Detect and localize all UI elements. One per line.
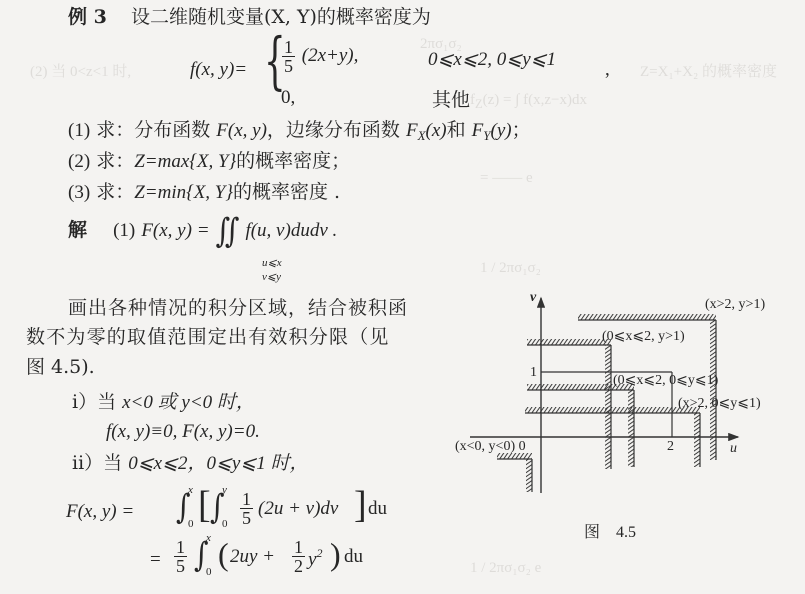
figure-caption: 图 4.5 — [584, 519, 636, 542]
figure-4-5 — [0, 0, 805, 594]
region-label-x-in-0-2-y-in-0-1: (0⩽x⩽2, 0⩽y⩽1) — [613, 372, 718, 389]
axis-v-label: v — [530, 290, 536, 306]
region-label-x-gt2-y-in-0-1: (x>2, 0⩽y⩽1) — [678, 395, 761, 412]
axis-u-label: u — [730, 441, 737, 457]
region-x-in-0-2-y-in-0-1 — [527, 384, 634, 467]
tick-2-label: 2 — [667, 439, 674, 455]
region-x-lt0-y-lt0 — [497, 453, 532, 492]
tick-1-label: 1 — [530, 365, 537, 381]
region-label-x-in-0-2-y-gt1: (0⩽x⩽2, y>1) — [602, 328, 685, 345]
region-label-x-lt0-y-lt0: (x<0, y<0) 0 — [455, 439, 526, 455]
region-x-in-0-2-y-gt1 — [527, 339, 611, 469]
region-label-x-gt2-y-gt1: (x>2, y>1) — [705, 297, 765, 313]
